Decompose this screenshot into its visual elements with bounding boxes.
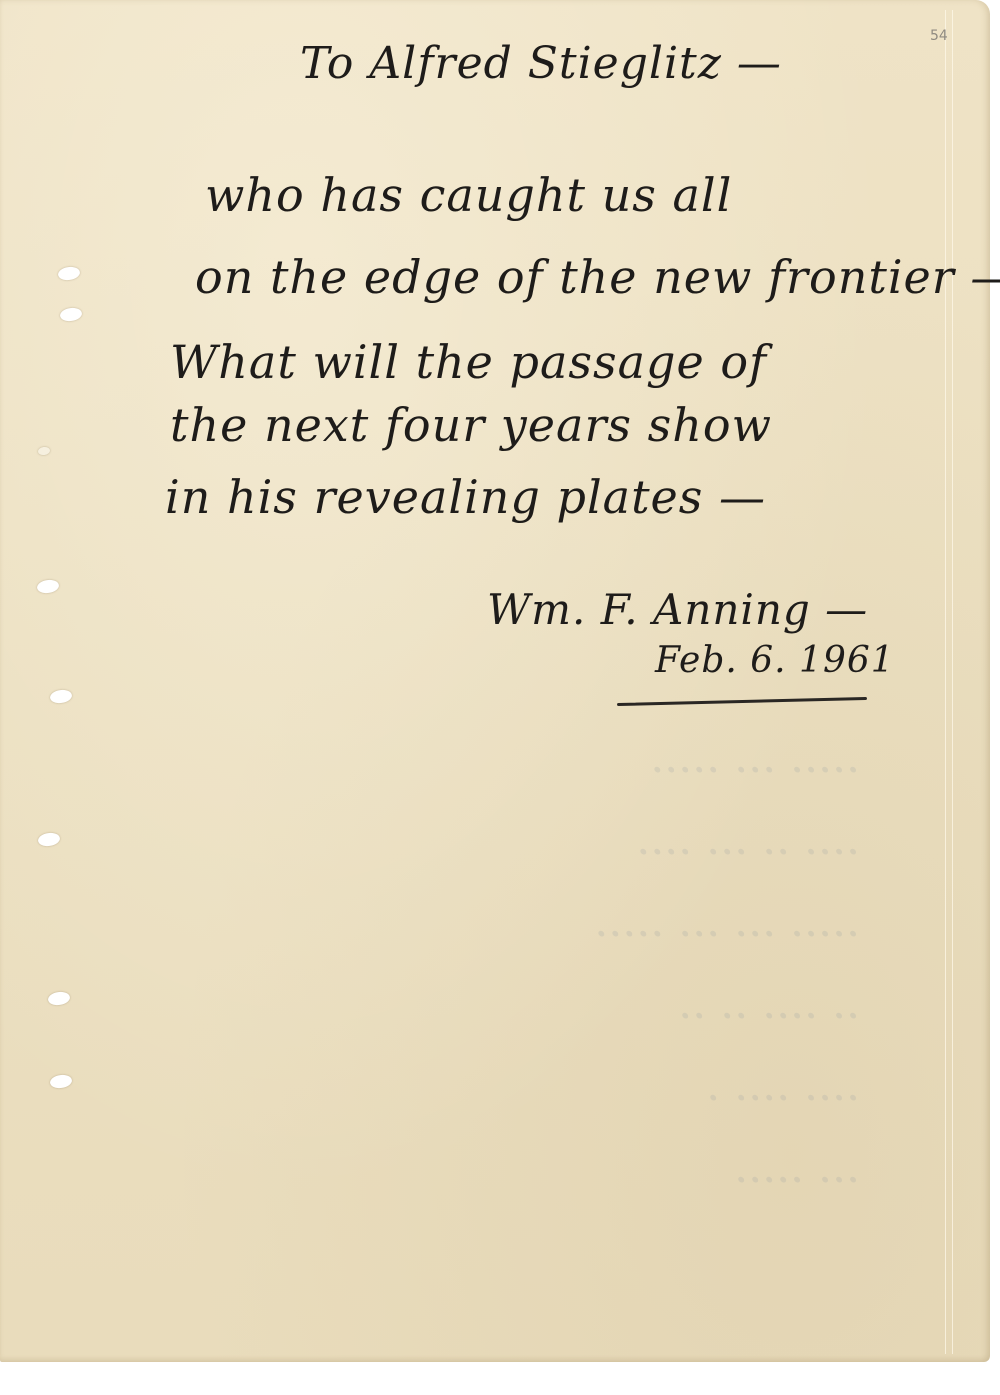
date: Feb. 6. 1961: [655, 640, 895, 681]
bleed-through-line: ··· ·····: [100, 1140, 860, 1222]
bleed-through-text: ····· ··· ····· ···· ·· ··· ···· ····· ·…: [100, 730, 860, 1310]
paper-fold-line: [945, 10, 946, 1354]
torn-punch-hole: [38, 446, 51, 456]
bleed-through-line: ····· ··· ·····: [100, 730, 860, 812]
body-line: who has caught us all: [205, 168, 732, 222]
paper-fold-line: [952, 10, 953, 1354]
punch-hole: [36, 579, 60, 595]
punch-hole: [59, 307, 83, 323]
punch-hole: [47, 991, 71, 1007]
punch-hole: [49, 1074, 73, 1090]
body-line: on the edge of the new frontier —: [195, 250, 1000, 304]
page-number: 54: [930, 28, 948, 44]
punch-hole: [37, 832, 61, 848]
punch-hole: [49, 689, 73, 705]
body-line: in his revealing plates —: [165, 470, 766, 524]
punch-hole: [57, 266, 81, 282]
signature: Wm. F. Anning —: [487, 585, 868, 634]
paper-sheet: 54 ····· ··· ····· ···· ·· ··· ···· ····…: [0, 0, 990, 1362]
bleed-through-line: ···· ···· ·: [100, 1058, 860, 1140]
salutation: To Alfred Stieglitz —: [300, 38, 782, 89]
bleed-through-line: ···· ·· ··· ····: [100, 812, 860, 894]
bleed-through-line: ····· ··· ··· ·····: [100, 894, 860, 976]
date-underline: [617, 697, 867, 706]
body-line: What will the passage of: [170, 335, 767, 389]
body-line: the next four years show: [170, 398, 772, 452]
bleed-through-line: ·· ···· ·· ··: [100, 976, 860, 1058]
